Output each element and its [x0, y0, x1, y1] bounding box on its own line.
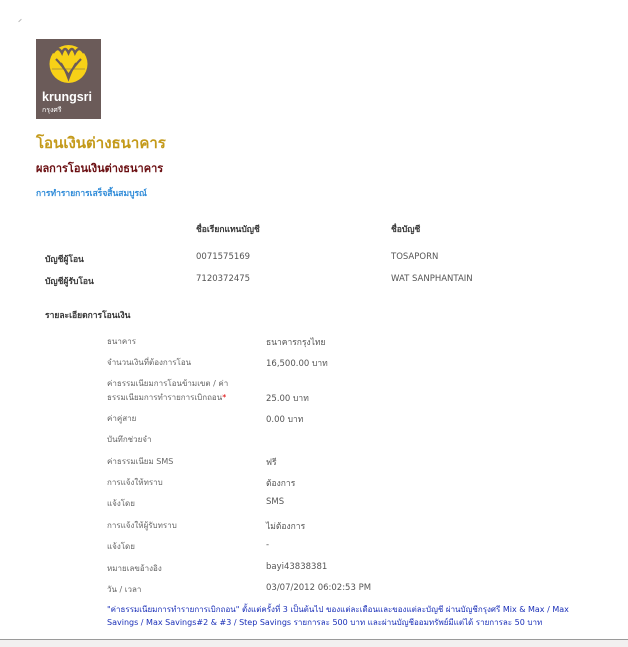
page-title: โอนเงินต่างธนาคาร — [36, 131, 166, 155]
detail-value-amount: 16,500.00 บาท — [266, 356, 328, 370]
sender-account-label: บัญชีผู้โอน — [45, 252, 84, 266]
receiver-account-number: 7120372475 — [196, 274, 250, 284]
brand-name: krungsri — [42, 90, 92, 104]
detail-label-sms-fee: ค่าธรรมเนียม SMS — [107, 455, 173, 468]
detail-value-notify: ต้องการ — [266, 476, 295, 490]
detail-label-amount: จำนวนเงินที่ต้องการโอน — [107, 356, 191, 369]
sender-account-number: 0071575169 — [196, 252, 250, 262]
detail-value-notify-by: SMS — [266, 497, 284, 507]
status-message: การทำรายการเสร็จสิ้นสมบูรณ์ — [36, 186, 147, 200]
detail-value-notify-recipient: ไม่ต้องการ — [266, 519, 305, 533]
details-heading: รายละเอียดการโอนเงิน — [45, 308, 130, 322]
detail-label-line-fee: ค่าคู่สาย — [107, 412, 136, 425]
sender-account-name: TOSAPORN — [391, 252, 438, 262]
detail-value-bank: ธนาคารกรุงไทย — [266, 335, 326, 349]
detail-value-reference: bayi43838381 — [266, 562, 327, 572]
detail-label-fee-text: ธรรมเนียมการทำรายการเบิกถอน — [107, 393, 222, 402]
krungsri-symbol-icon — [36, 39, 101, 91]
detail-label-memo: บันทึกช่วยจำ — [107, 433, 151, 446]
detail-label-fee-line1: ค่าธรรมเนียมการโอนข้ามเขต / ค่า — [107, 377, 228, 390]
header-nickname: ชื่อเรียกแทนบัญชี — [196, 222, 260, 236]
receiver-account-name: WAT SANPHANTAIN — [391, 274, 473, 284]
detail-label-notify: การแจ้งให้ทราบ — [107, 476, 163, 489]
header-account-name: ชื่อบัญชี — [391, 222, 420, 236]
krungsri-logo: krungsri กรุงศรี — [36, 39, 101, 119]
detail-value-datetime: 03/07/2012 06:02:53 PM — [266, 583, 371, 593]
cursor-mark — [18, 19, 22, 23]
detail-label-notify-recipient: การแจ้งให้ผู้รับทราบ — [107, 519, 177, 532]
detail-value-line-fee: 0.00 บาท — [266, 412, 303, 426]
detail-value-sms-fee: ฟรี — [266, 455, 277, 469]
detail-value-fee: 25.00 บาท — [266, 391, 309, 405]
detail-value-recipient-notify-by: - — [266, 540, 269, 550]
fee-note: "ค่าธรรมเนียมการทำรายการเบิกถอน" ตั้งแต่… — [107, 604, 572, 629]
detail-label-bank: ธนาคาร — [107, 335, 136, 348]
asterisk: * — [222, 393, 226, 402]
brand-name-thai: กรุงศรี — [42, 105, 62, 116]
page-subtitle: ผลการโอนเงินต่างธนาคาร — [36, 159, 163, 177]
detail-label-recipient-notify-by: แจ้งโดย — [107, 540, 135, 553]
bottom-scroll-bar[interactable] — [0, 639, 628, 647]
detail-label-fee-line2: ธรรมเนียมการทำรายการเบิกถอน* — [107, 391, 226, 404]
receiver-account-label: บัญชีผู้รับโอน — [45, 274, 94, 288]
detail-label-datetime: วัน / เวลา — [107, 583, 141, 596]
detail-label-reference: หมายเลขอ้างอิง — [107, 562, 162, 575]
detail-label-notify-by: แจ้งโดย — [107, 497, 135, 510]
